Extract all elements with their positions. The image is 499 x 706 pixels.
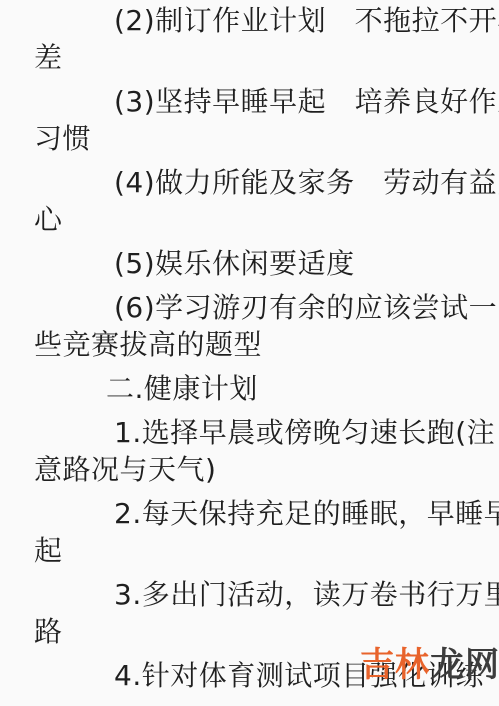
text-line: (4)做力所能及家务 劳动有益身 <box>34 164 481 201</box>
text-line: 意路况与天气) <box>34 451 481 488</box>
text-line: (3)坚持早睡早起 培养良好作息 <box>34 83 481 120</box>
watermark-dark-text: 龙网 <box>430 645 499 685</box>
text-line: 习惯 <box>34 120 481 157</box>
watermark-orange-text: 吉林 <box>360 645 430 685</box>
article-page: (2)制订作业计划 不拖拉不开小 差 (3)坚持早睡早起 培养良好作息 习惯 (… <box>0 0 499 706</box>
text-line: 起 <box>34 532 481 569</box>
section-heading-line: 二.健康计划 <box>34 370 481 407</box>
text-line: (5)娱乐休闲要适度 <box>34 245 481 282</box>
site-watermark: 吉林龙网 <box>360 645 499 686</box>
text-line: 差 <box>34 39 481 76</box>
text-line: 些竞赛拔高的题型 <box>34 326 481 363</box>
text-line: 2.每天保持充足的睡眠，早睡早 <box>34 495 481 532</box>
text-line: (6)学习游刃有余的应该尝试一 <box>34 289 481 326</box>
text-line: 1.选择早晨或傍晚匀速长跑(注 <box>34 414 481 451</box>
text-line: 心 <box>34 201 481 238</box>
text-line: 3.多出门活动，读万卷书行万里 <box>34 576 481 613</box>
text-line: (2)制订作业计划 不拖拉不开小 <box>34 2 481 39</box>
